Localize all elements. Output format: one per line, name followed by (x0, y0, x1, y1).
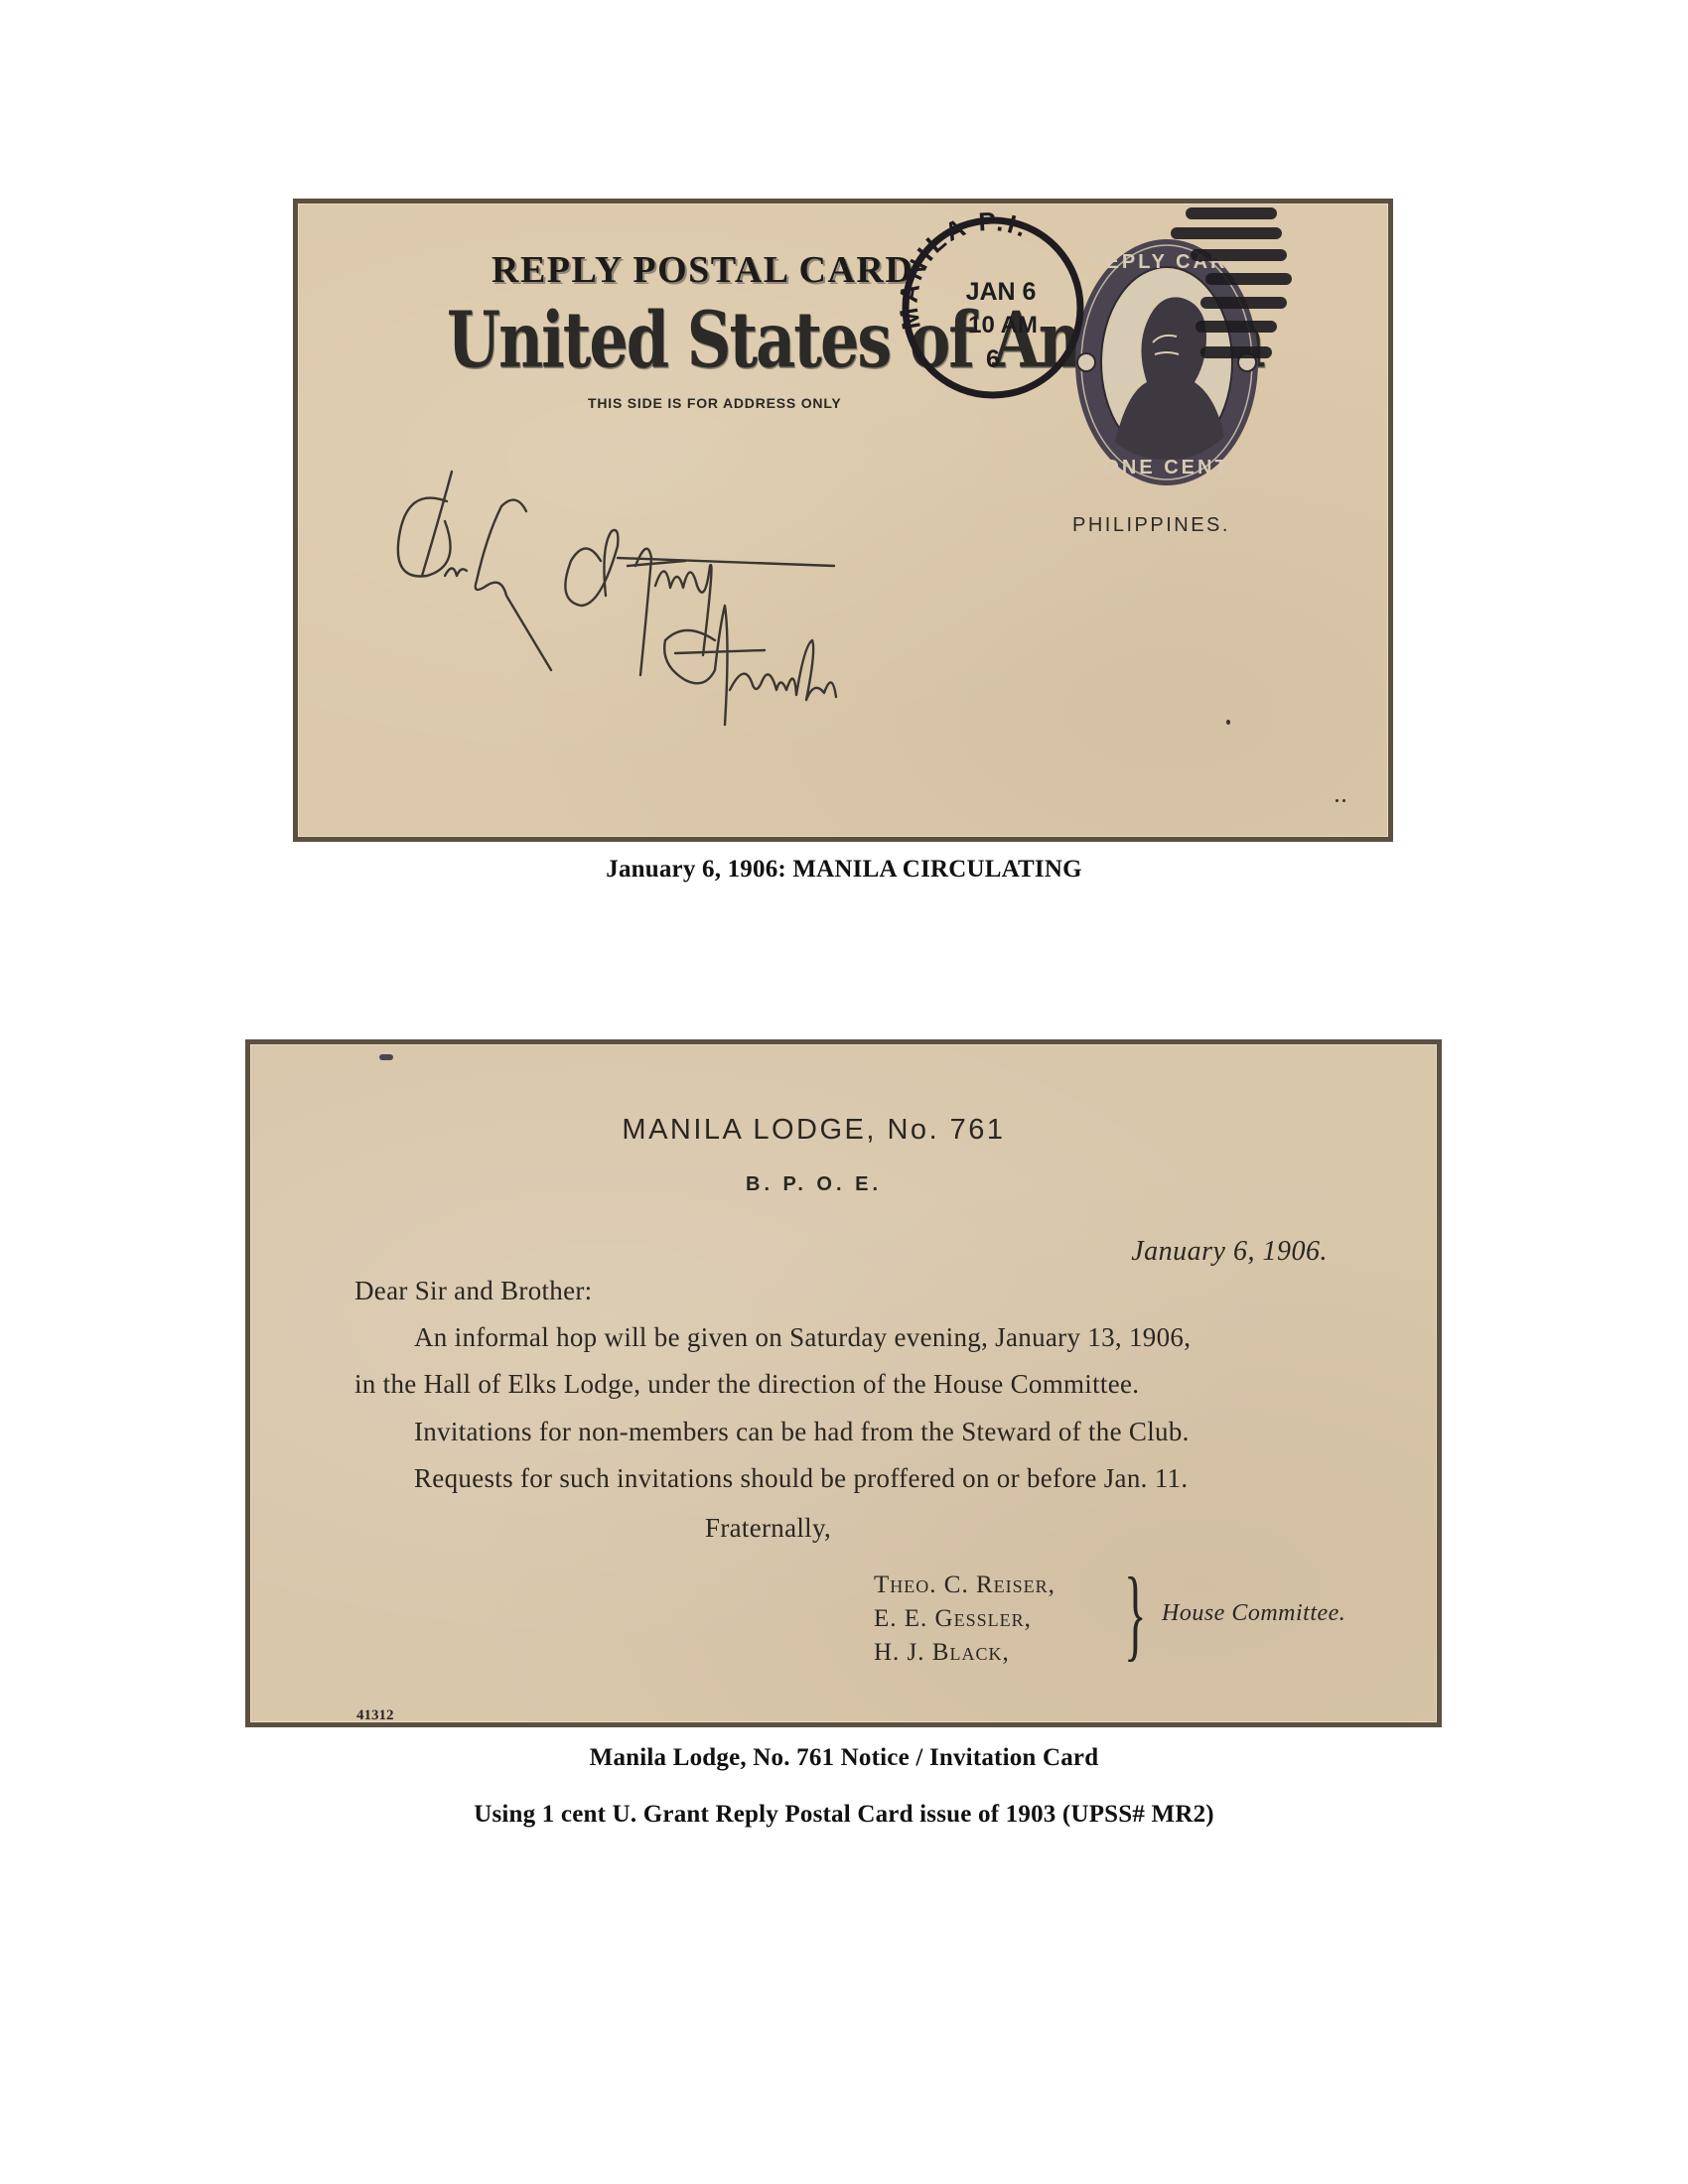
manila-postmark-icon: MANILA P.I. JAN 6 10 AM 6 (894, 208, 1092, 407)
svg-text:10 AM: 10 AM (968, 312, 1038, 339)
signer: Theo. C. Reiser, (874, 1569, 1055, 1602)
form-number: 41312 (356, 1707, 394, 1724)
lodge-invitation-card: MANILA LODGE, No. 761 B. P. O. E. Januar… (245, 1039, 1442, 1727)
letter-body-line: Requests for such invitations should be … (414, 1463, 1188, 1494)
card2-caption: Manila Lodge, No. 761 Notice / Invitatio… (0, 1744, 1688, 1772)
svg-text:6: 6 (986, 345, 1000, 373)
svg-text:JAN 6: JAN 6 (966, 278, 1037, 306)
letter-closing: Fraternally, (705, 1513, 831, 1544)
killer-bars-cancel-icon (1152, 204, 1350, 382)
letter-greeting: Dear Sir and Brother: (354, 1276, 592, 1306)
signers-list: Theo. C. Reiser, E. E. Gessler, H. J. Bl… (874, 1569, 1055, 1670)
ink-speck (1336, 799, 1338, 802)
address-note: THIS SIDE IS FOR ADDRESS ONLY (588, 395, 842, 411)
handwritten-address (387, 467, 1023, 764)
ink-smudge (379, 1054, 393, 1060)
card1-caption: January 6, 1906: MANILA CIRCULATING (0, 856, 1688, 884)
card2-subcaption: Using 1 cent U. Grant Reply Postal Card … (0, 1801, 1688, 1829)
signer: H. J. Black, (874, 1636, 1055, 1670)
lodge-organization: B. P. O. E. (250, 1173, 1437, 1196)
letter-date: January 6, 1906. (1131, 1236, 1328, 1268)
reply-postal-card-address-side: REPLY POSTAL CARD United States of Ameri… (293, 199, 1393, 842)
ink-speck (1342, 799, 1345, 802)
letter-body-line: Invitations for non-members can be had f… (414, 1417, 1190, 1447)
svg-text:ONE CENT: ONE CENT (1103, 457, 1229, 478)
brace-icon: } (1124, 1565, 1146, 1664)
ink-speck (1226, 720, 1230, 725)
signer: E. E. Gessler, (874, 1602, 1055, 1636)
lodge-name: MANILA LODGE, No. 761 (250, 1114, 1437, 1147)
letter-body-line: An informal hop will be given on Saturda… (414, 1322, 1191, 1353)
card-header: REPLY POSTAL CARD (492, 248, 914, 292)
philippines-overprint: PHILIPPINES. (1072, 514, 1230, 537)
committee-label: House Committee. (1162, 1600, 1345, 1627)
letter-body-line: in the Hall of Elks Lodge, under the dir… (354, 1369, 1139, 1400)
